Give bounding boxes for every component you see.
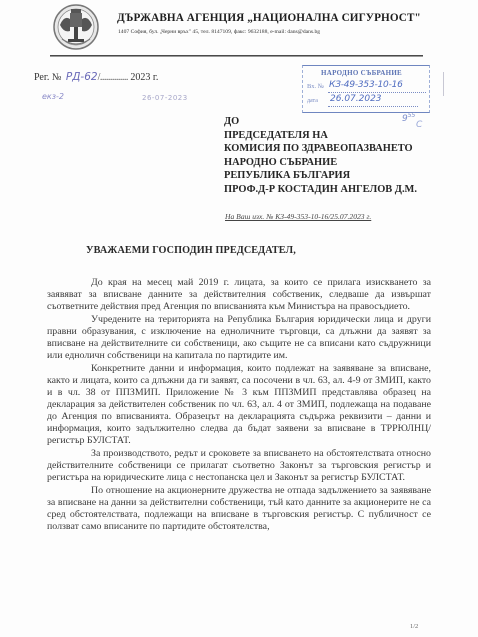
agency-name: ДЪРЖАВНА АГЕНЦИЯ „НАЦИОНАЛНА СИГУРНОСТ" bbox=[117, 12, 421, 24]
reference-line: На Ваш изх. № КЗ-49-353-10-16/25.07.2023… bbox=[225, 212, 371, 221]
addressee-line: КОМИСИЯ ПО ЗДРАВЕОПАЗВАНЕТО bbox=[224, 142, 417, 156]
letter-body: До края на месец май 2019 г. лицата, за … bbox=[47, 277, 431, 533]
incoming-stamp: НАРОДНО СЪБРАНИЕ Вх. № КЗ-49-353-10-16 д… bbox=[302, 65, 430, 113]
body-paragraph: Учредените на територията на Република Б… bbox=[47, 314, 431, 362]
page-number: 1/2 bbox=[410, 623, 418, 630]
body-paragraph: До края на месец май 2019 г. лицата, за … bbox=[47, 277, 431, 313]
addressee-line: РЕПУБЛИКА БЪЛГАРИЯ bbox=[224, 169, 417, 183]
stamp-date-label: дата bbox=[307, 98, 318, 104]
addressee-line: ПРЕДСЕДАТЕЛЯ НА bbox=[224, 129, 417, 143]
addressee-line: НАРОДНО СЪБРАНИЕ bbox=[224, 156, 417, 170]
reg-dots-trail: /.............. bbox=[98, 72, 128, 83]
date-stamp: 26-07-2023 bbox=[142, 94, 188, 102]
reg-number-handwritten: РД-62 bbox=[66, 71, 98, 83]
stamp-number-label: Вх. № bbox=[307, 83, 324, 90]
body-paragraph: За производството, редът и сроковете за … bbox=[47, 448, 431, 484]
addressee-line: ПРОФ.Д-Р КОСТАДИН АНГЕЛОВ Д.М. bbox=[224, 183, 417, 197]
document-page: ДЪРЖАВНА АГЕНЦИЯ „НАЦИОНАЛНА СИГУРНОСТ" … bbox=[0, 0, 478, 637]
reg-year: 2023 г. bbox=[130, 72, 158, 83]
copy-note-handwritten: екз-2 bbox=[42, 92, 64, 101]
margin-mark bbox=[443, 72, 444, 96]
agency-contacts: 1407 София, бул. „Черни връх" 45, тел. 8… bbox=[118, 29, 320, 35]
reg-prefix: Рег. № bbox=[34, 72, 61, 83]
body-paragraph: По отношение на акционерните дружества н… bbox=[47, 485, 431, 533]
stamp-dotted-line bbox=[328, 106, 418, 107]
addressee-block: ДО ПРЕДСЕДАТЕЛЯ НА КОМИСИЯ ПО ЗДРАВЕОПАЗ… bbox=[224, 115, 417, 196]
header-divider bbox=[50, 55, 423, 57]
stamp-dotted-line bbox=[328, 92, 426, 93]
salutation: УВАЖАЕМИ ГОСПОДИН ПРЕДСЕДАТЕЛ, bbox=[86, 245, 296, 256]
coat-of-arms-lions-icon bbox=[52, 3, 100, 51]
stamp-title: НАРОДНО СЪБРАНИЕ bbox=[321, 69, 402, 77]
stamp-number: КЗ-49-353-10-16 bbox=[329, 80, 403, 90]
stamp-date: 26.07.2023 bbox=[330, 94, 382, 104]
registration-line: Рег. № РД-62/.............. 2023 г. bbox=[34, 71, 158, 83]
body-paragraph: Конкретните данни и информация, които по… bbox=[47, 363, 431, 448]
addressee-line: ДО bbox=[224, 115, 417, 129]
